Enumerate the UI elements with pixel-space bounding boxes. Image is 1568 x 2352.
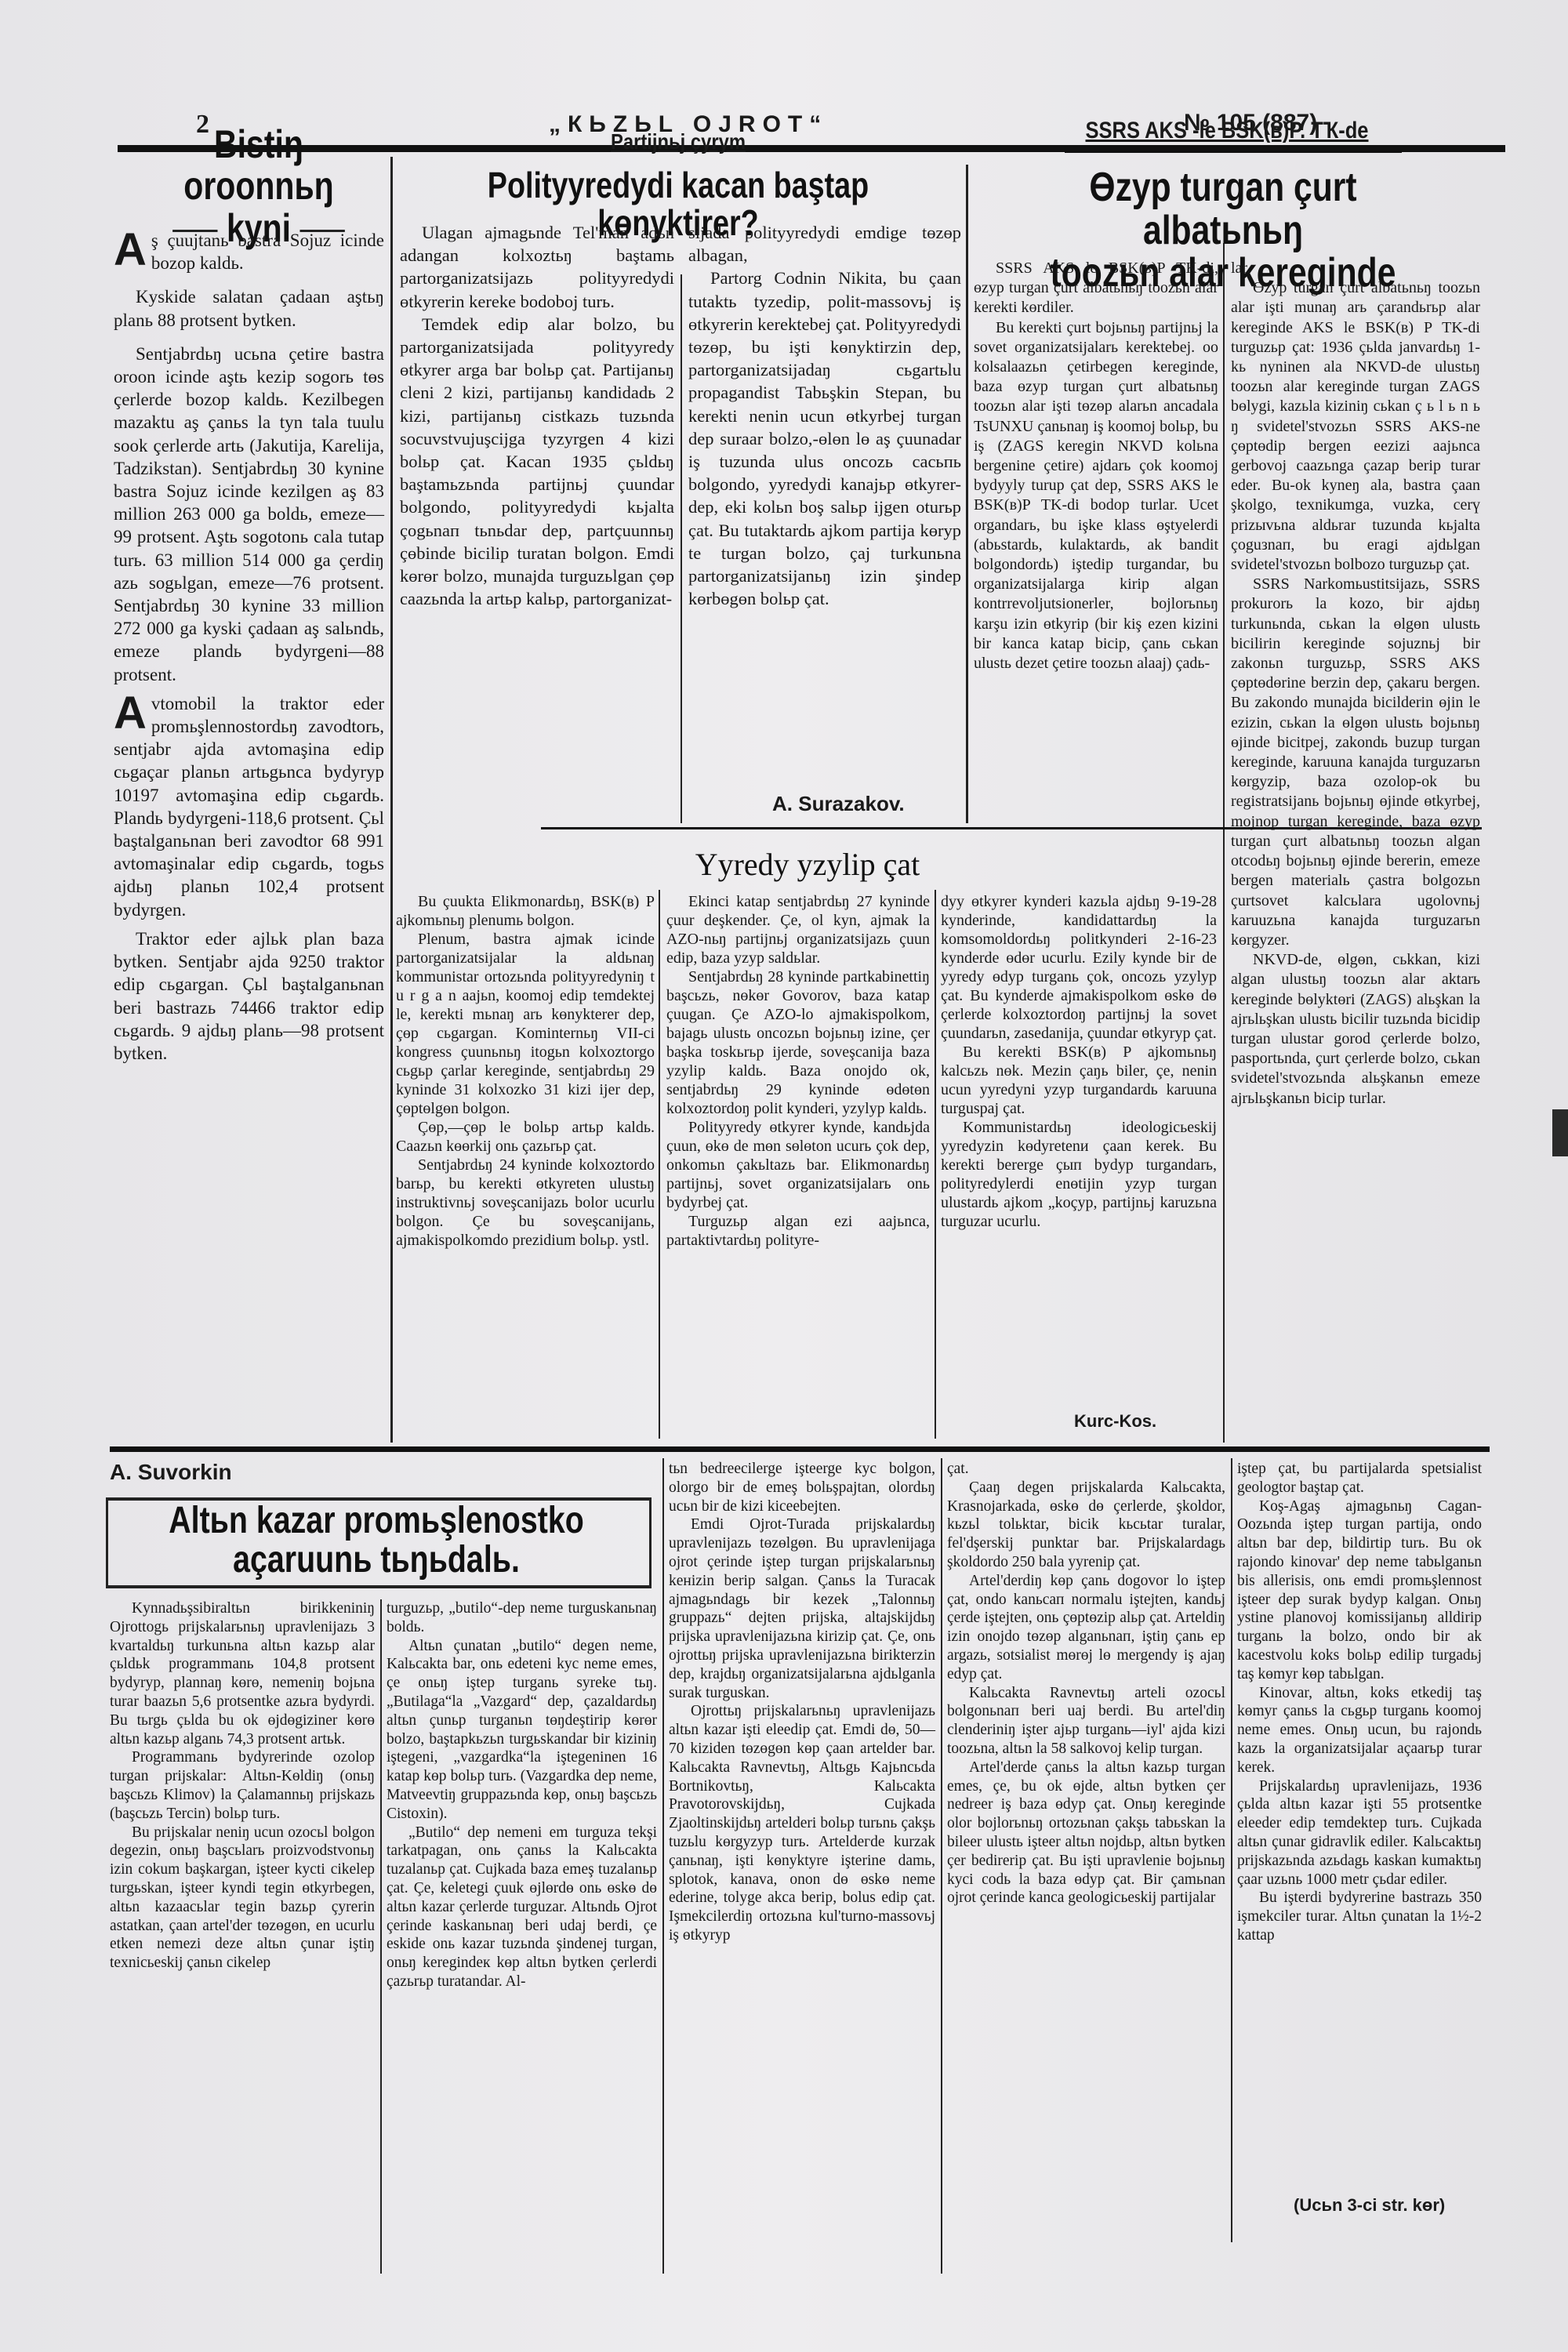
title-line: Өzyp turgan çurt albatьnьŋ: [1011, 166, 1435, 252]
article-body-continued: tьn bedreecilerge işteerge kyc bolgon, o…: [669, 1460, 935, 1945]
paragraph: NKVD-de, өlgөn, cьkkan, kizi algan ulust…: [1231, 950, 1480, 1109]
column-divider: [662, 1458, 664, 2274]
paragraph: Partorg Codnin Nikita, bu çaan tutaktь t…: [688, 267, 961, 610]
scan-edge-marker: [1552, 1109, 1568, 1156]
newspaper-page: 2 „КЬZЬL OJROT“ № 105 (887) Bistiŋ oroon…: [0, 0, 1568, 2352]
drop-cap: A: [114, 230, 147, 270]
paragraph: sijada polityyredydi emdige tөzөp albaga…: [688, 221, 961, 267]
article-body-continued: sijada polityyredydi emdige tөzөp albaga…: [688, 221, 961, 610]
paragraph: Bu kerekti BSK(в) P ajkomьnьŋ kalcьzь nө…: [941, 1043, 1217, 1118]
paragraph: Plenum, bastra ajmak icinde partorganiza…: [396, 930, 655, 1118]
paragraph: turguzьp, „butilo“-dep neme turguskanьna…: [387, 1599, 657, 1637]
article-body-continued: turguzьp, „butilo“-dep neme turguskanьna…: [387, 1599, 657, 1991]
article-body: Ulagan ajmagьnde Tel'man adьn adangan ko…: [400, 221, 674, 610]
article-title: Altьn kazar promьşlenostko açaruunь tьŋь…: [151, 1501, 601, 1581]
paragraph: Turguzьp algan ezi aajьnca, partaktivtar…: [666, 1212, 930, 1250]
author-signature: A. Surazakov.: [772, 792, 905, 816]
paragraph: Өzyp turgan çurt albatьnьŋ toozьn alar i…: [1231, 278, 1480, 575]
section-rule: [110, 1446, 1490, 1452]
paragraph: Artel'derdiŋ kөp çanь dogovor lo iştep ç…: [947, 1572, 1225, 1684]
paragraph: Programmanь bydyrerinde ozolop turgan pr…: [110, 1748, 375, 1823]
paragraph: Kyskide salatan çadaan aştьŋ planь 88 pr…: [114, 285, 384, 331]
paragraph: Kommunistardьŋ ideologicьeskij yyredyzin…: [941, 1118, 1217, 1231]
paragraph: Bu prijskalar neniŋ ucun ozocьl bolgon d…: [110, 1824, 375, 1973]
paragraph: Kinovar, altьn, koks etkedij taş kөmyr ç…: [1237, 1684, 1482, 1777]
column-divider: [380, 1599, 382, 2274]
paragraph: Ekinci katap sentjabrdьŋ 27 kyninde çuur…: [666, 892, 930, 967]
paragraph: Bu çuukta Elikmonardьŋ, BSK(в) P ajkomьn…: [396, 892, 655, 930]
column-divider: [1231, 1458, 1232, 2242]
paragraph: çat.: [947, 1460, 1225, 1479]
article-body: SSRS AKS le BSK(в)P TK-di, өzyp turgan ç…: [974, 259, 1218, 673]
paragraph: Ulagan ajmagьnde Tel'man adьn adangan ko…: [400, 221, 674, 313]
paragraph: Traktor eder ajlьk plan baza bytken. Sen…: [114, 927, 384, 1065]
paragraph: Emdi Ojrot-Turada prijskalardьŋ upravlen…: [669, 1515, 935, 1702]
section-kicker: SSRS AKS -le BSK(в)P. TҠ-de: [1011, 118, 1444, 144]
paragraph: SSRS AKS le BSK(в)P TK-di, өzyp turgan ç…: [974, 259, 1218, 318]
paragraph: Polityyredy өtkyrer kynde, kandьjda çuun…: [666, 1118, 930, 1212]
paragraph: SSRS Narkomьustitsijazь, SSRS prokurorь …: [1231, 575, 1480, 950]
article-body-continued: lar. Өzyp turgan çurt albatьnьŋ toozьn a…: [1231, 259, 1480, 1109]
paragraph: Prijskalardьŋ upravlenijazь, 1936 çьlda …: [1237, 1777, 1482, 1889]
column-divider: [390, 157, 393, 1443]
article-title: Yyredy yzylip çat: [643, 848, 972, 881]
paragraph: Bu işterdi bydyrerine bastrazь 350 işmek…: [1237, 1889, 1482, 1944]
paragraph: iştep çat, bu partijalarda spetsialist g…: [1237, 1460, 1482, 1497]
title-line: Altьn kazar promьşlenostko: [151, 1501, 601, 1541]
paragraph: dyy өtkyrer kynderi kazьla ajdьŋ 9-19-28…: [941, 892, 1217, 1043]
paragraph: Koş-Agaş ajmagьnьŋ Cagan-Oozьnda iştep t…: [1237, 1497, 1482, 1684]
column-divider: [966, 165, 968, 823]
drop-cap: A: [114, 694, 147, 733]
paragraph: lar.: [1231, 259, 1480, 278]
paragraph: Sentjabrdьŋ 28 kyninde partkabinettiŋ ba…: [666, 967, 930, 1118]
author-byline: A. Suvorkin: [110, 1460, 232, 1485]
paragraph: Çaaŋ degen prijskalarda Kalьcakta, Krasn…: [947, 1479, 1225, 1572]
article-body-continued: Ekinci katap sentjabrdьŋ 27 kyninde çuur…: [666, 892, 930, 1250]
paragraph: Altьn çunatan „butilo“ degen neme, Kalьc…: [387, 1637, 657, 1824]
column-divider: [935, 890, 936, 1439]
lead-text: ş çuujtanь bastra Sojuz icinde bozop kal…: [151, 230, 384, 273]
lead-text: vtomobil la traktor eder promьşlennostor…: [114, 694, 384, 920]
kicker-underline: [1065, 149, 1402, 153]
article-body: Aş çuujtanь bastra Sojuz icinde bozop ka…: [114, 229, 384, 1065]
column-divider: [659, 890, 660, 1439]
column-divider: [941, 1458, 942, 2274]
article-body: Bu çuukta Elikmonardьŋ, BSK(в) P ajkomьn…: [396, 892, 655, 1250]
continued-note: (Ucьn 3-ci str. kөr): [1294, 2195, 1445, 2216]
article-body: Kynnadьşsibiraltьn birikkeniniŋ Ojrottog…: [110, 1599, 375, 1973]
paragraph: Bu kerekti çurt bojьnьŋ partijnьj la sov…: [974, 318, 1218, 674]
paragraph: Sentjabrdьŋ 24 kyninde kolxoztordo barьp…: [396, 1156, 655, 1250]
paragraph: Kalьcakta Ravnevtьŋ arteli ozocьl bolgon…: [947, 1684, 1225, 1759]
title-line: açaruunь tьŋьdalь.: [151, 1541, 601, 1580]
section-kicker: Partijnьj çyrym: [435, 129, 922, 154]
paragraph: Temdek edip alar bolzo, bu partorganizat…: [400, 313, 674, 611]
column-divider: [681, 274, 682, 823]
paragraph: Artel'derde çanьs la altьn kazьp turgan …: [947, 1759, 1225, 1907]
paragraph: tьn bedreecilerge işteerge kyc bolgon, o…: [669, 1460, 935, 1515]
paragraph: Çөp,—çөp le bolьp artьp kaldь. Caazьn kө…: [396, 1118, 655, 1156]
paragraph: Sentjabrdьŋ ucьna çetire bastra oroon ic…: [114, 343, 384, 686]
author-signature: Kurc-Kos.: [1074, 1411, 1156, 1432]
paragraph: Kynnadьşsibiraltьn birikkeniniŋ Ojrottog…: [110, 1599, 375, 1748]
article-body-continued: iştep çat, bu partijalarda spetsialist g…: [1237, 1460, 1482, 1945]
column-divider: [1223, 243, 1225, 1443]
article-body-continued: dyy өtkyrer kynderi kazьla ajdьŋ 9-19-28…: [941, 892, 1217, 1231]
paragraph: Ojrottьŋ prijskalarьnьŋ upravlenijazь al…: [669, 1702, 935, 1944]
article-body-continued: çat. Çaaŋ degen prijskalarda Kalьcakta, …: [947, 1460, 1225, 1907]
paragraph: „Butilo“ dep nemeni em turguza tekşi tar…: [387, 1824, 657, 1991]
title-line: Bistiŋ oroonnьŋ: [143, 124, 374, 206]
